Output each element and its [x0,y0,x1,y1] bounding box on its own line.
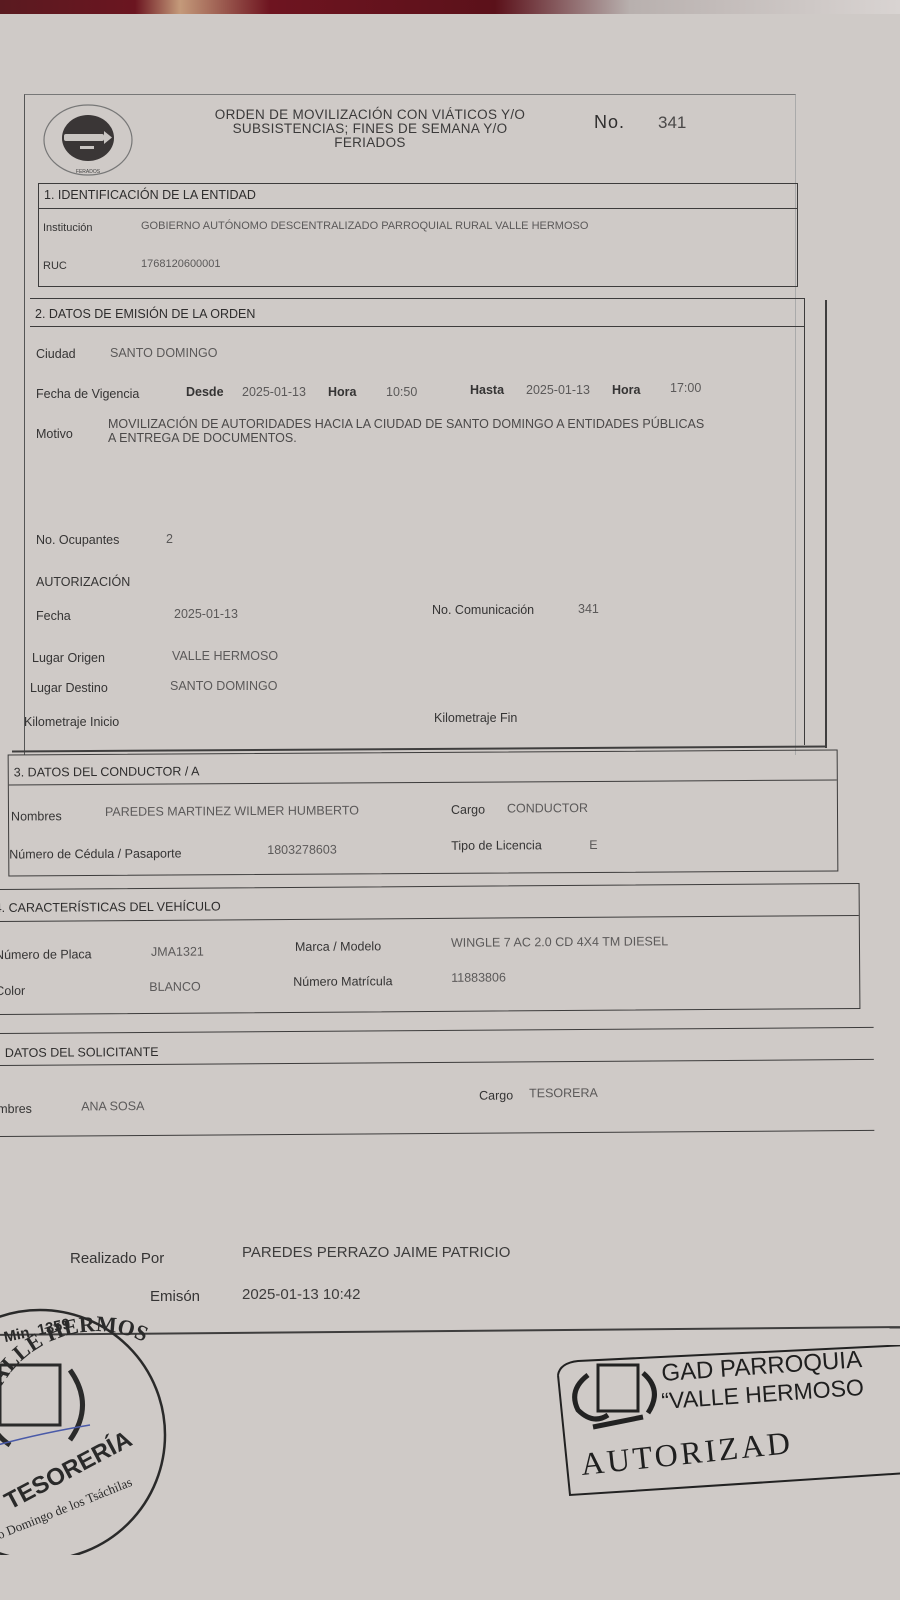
section-solicitante: DATOS DEL SOLICITANTE mbres ANA SOSA Car… [0,1027,874,1137]
comunicacion-value: 341 [578,602,599,616]
solicitante-cargo-label: Cargo [479,1088,513,1102]
origen-label: Lugar Origen [32,651,105,665]
section-conductor: 3. DATOS DEL CONDUCTOR / A Nombres PARED… [8,749,839,876]
conductor-cargo-label: Cargo [451,803,485,817]
ocupantes-value: 2 [166,532,173,546]
motivo-line-1: MOVILIZACIÓN DE AUTORIDADES HACIA LA CIU… [108,417,704,431]
placa-value: JMA1321 [151,945,204,959]
tesoreria-round-stamp-icon: L VALLE HERMOSO o Min. 1359 TESORERÍA nt… [0,1275,170,1555]
solicitante-cargo-value: TESORERA [529,1086,598,1100]
hora-desde-value: 10:50 [386,385,417,399]
destino-label: Lugar Destino [30,681,108,695]
origen-value: VALLE HERMOSO [172,649,278,663]
color-label: Color [0,984,25,998]
conductor-nombres-label: Nombres [11,809,62,823]
hora-hasta-label: Hora [612,383,640,397]
autorizacion-label: AUTORIZACIÓN [36,575,130,589]
color-value: BLANCO [149,980,201,994]
institucion-value: GOBIERNO AUTÓNOMO DESCENTRALIZADO PARROQ… [141,220,588,232]
order-number-label: No. [594,112,625,133]
km-fin-label: Kilometraje Fin [434,711,517,725]
section-header: 4. CARACTERÍSTICAS DEL VEHÍCULO [0,884,859,922]
conductor-cargo-value: CONDUCTOR [507,801,588,815]
svg-text:FERADOS: FERADOS [76,169,101,175]
comunicacion-label: No. Comunicación [432,603,534,617]
emision-value: 2025-01-13 10:42 [242,1286,360,1303]
cedula-value: 1803278603 [267,843,337,857]
ruc-label: RUC [43,260,67,272]
ciudad-value: SANTO DOMINGO [110,346,217,360]
autorizado-stamp: GAD PARROQUIA “VALLE HERMOSO AUTORIZAD [548,1345,900,1505]
fecha-value: 2025-01-13 [174,607,238,621]
section2-right-edge [825,300,827,748]
section-header: DATOS DEL SOLICITANTE [0,1028,874,1066]
ruc-value: 1768120600001 [141,258,221,270]
km-inicio-label: Kilometraje Inicio [24,715,119,729]
desde-label: Desde [186,385,224,399]
svg-text:AUTORIZAD: AUTORIZAD [579,1424,795,1482]
solicitante-nombres-label: mbres [0,1102,32,1116]
conductor-nombres-value: PAREDES MARTINEZ WILMER HUMBERTO [105,803,359,819]
destino-value: SANTO DOMINGO [170,679,277,693]
realizado-value: PAREDES PERRAZO JAIME PATRICIO [242,1244,510,1261]
motivo-label: Motivo [36,427,73,441]
form-title: ORDEN DE MOVILIZACIÓN CON VIÁTICOS Y/O S… [160,108,580,150]
solicitante-nombres-value: ANA SOSA [81,1099,144,1113]
section-header: 2. DATOS DE EMISIÓN DE LA ORDEN [30,299,804,327]
section-emision: 2. DATOS DE EMISIÓN DE LA ORDEN Ciudad S… [30,298,805,745]
placa-label: Número de Placa [0,947,92,962]
section-vehiculo: 4. CARACTERÍSTICAS DEL VEHÍCULO Número d… [0,883,860,1015]
hasta-label: Hasta [470,383,504,397]
fecha-label: Fecha [36,609,71,623]
matricula-label: Número Matrícula [293,974,392,989]
marca-label: Marca / Modelo [295,939,381,954]
desde-value: 2025-01-13 [242,385,306,399]
section-identificacion: 1. IDENTIFICACIÓN DE LA ENTIDAD Instituc… [38,183,798,287]
realizado-label: Realizado Por [70,1250,164,1267]
licencia-label: Tipo de Licencia [451,838,542,853]
section-header: 3. DATOS DEL CONDUCTOR / A [9,750,837,785]
section-header: 1. IDENTIFICACIÓN DE LA ENTIDAD [39,184,797,209]
hora-desde-label: Hora [328,385,356,399]
autorizado-stamp-icon: GAD PARROQUIA “VALLE HERMOSO AUTORIZAD [548,1345,900,1505]
licencia-value: E [589,838,597,852]
matricula-value: 11883806 [451,970,506,984]
vigencia-label: Fecha de Vigencia [36,387,139,401]
marca-value: WINGLE 7 AC 2.0 CD 4X4 TM DIESEL [451,934,668,950]
hora-hasta-value: 17:00 [670,381,701,395]
key-seal-logo-icon: FERADOS [40,102,136,178]
hasta-value: 2025-01-13 [526,383,590,397]
ocupantes-label: No. Ocupantes [36,533,119,547]
order-number-value: 341 [658,113,686,133]
document-page: FERADOS ORDEN DE MOVILIZACIÓN CON VIÁTIC… [0,0,900,1600]
ciudad-label: Ciudad [36,347,76,361]
cedula-label: Número de Cédula / Pasaporte [9,846,181,861]
motivo-line-2: A ENTREGA DE DOCUMENTOS. [108,431,297,445]
institucion-label: Institución [43,222,93,234]
